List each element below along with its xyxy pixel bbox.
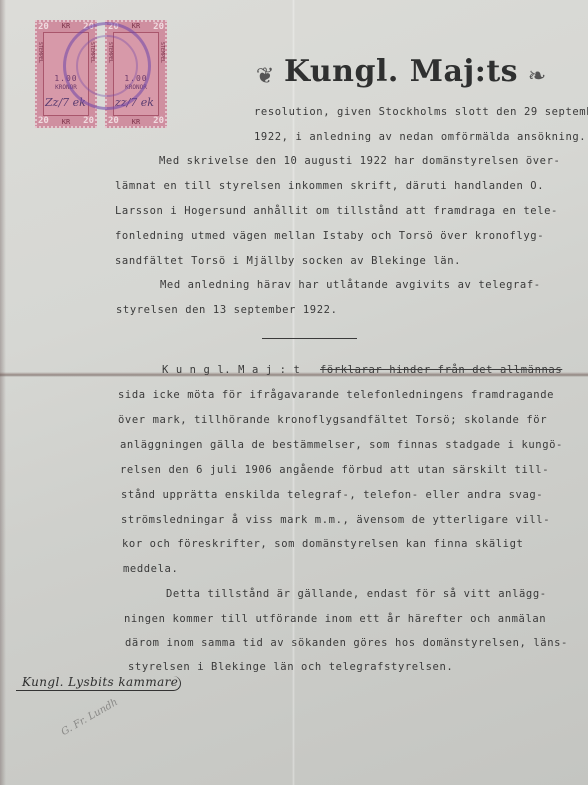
paragraph-line: Med anledning härav har utlåtande avgivi… bbox=[160, 279, 541, 291]
paragraph-line: sandfältet Torsö i Mjällby socken av Ble… bbox=[115, 255, 461, 267]
paragraph-line: förklarar hinder från det allmännas bbox=[320, 364, 562, 376]
paragraph-line: över mark, tillhörande kronoflygsandfält… bbox=[118, 414, 547, 426]
paragraph-line: sida icke möta för ifrågavarande telefon… bbox=[118, 389, 554, 401]
paragraph-line: kor och föreskrifter, som domänstyrelsen… bbox=[122, 538, 523, 550]
paragraph-line: Med skrivelse den 10 augusti 1922 har do… bbox=[159, 155, 560, 167]
flourish-right-icon: ❧ bbox=[528, 64, 546, 89]
paragraph-line: Detta tillstånd är gällande, endast för … bbox=[166, 588, 547, 600]
intro-line: 1922, i anledning av nedan omförmälda an… bbox=[254, 131, 586, 143]
revenue-stamps: 20 20 20 20 KR KR STEMPEL STEMPEL 1.00 K… bbox=[33, 20, 173, 132]
section-divider bbox=[262, 338, 357, 339]
paragraph-line: Larsson i Hogersund anhållit om tillstån… bbox=[115, 205, 558, 217]
pencil-annotation: G. Fr. Lundh bbox=[59, 697, 119, 738]
flourish-left-icon: ❦ bbox=[256, 64, 274, 89]
postmark-stamp bbox=[63, 22, 151, 110]
paragraph-line: stånd upprätta enskilda telegraf-, telef… bbox=[121, 489, 543, 501]
page-edge-shadow bbox=[0, 0, 6, 785]
paragraph-line: strömsledningar å viss mark m.m., ävenso… bbox=[121, 514, 550, 526]
document-page: 20 20 20 20 KR KR STEMPEL STEMPEL 1.00 K… bbox=[0, 0, 588, 785]
intro-line: resolution, given Stockholms slott den 2… bbox=[254, 106, 588, 118]
stamp-bottom-label: KR bbox=[107, 118, 165, 126]
paragraph-line: ningen kommer till utförande inom ett år… bbox=[124, 613, 546, 625]
heading-title: Kungl. Maj:ts bbox=[284, 54, 518, 89]
paragraph-line: relsen den 6 juli 1906 angående förbud a… bbox=[120, 464, 549, 476]
document-heading: ❦ Kungl. Maj:ts ❧ bbox=[236, 54, 566, 89]
paragraph-line: styrelsen i Blekinge län och telegrafsty… bbox=[128, 661, 453, 673]
signature-text: Kungl. Lysbits kammare bbox=[22, 675, 178, 689]
signature-block: Kungl. Lysbits kammare bbox=[16, 673, 182, 695]
paragraph-line: lämnat en till styrelsen inkommen skrift… bbox=[115, 180, 544, 192]
paragraph-line: meddela. bbox=[123, 563, 178, 575]
paragraph-line: styrelsen den 13 september 1922. bbox=[116, 304, 338, 316]
paragraph-line: fonledning utmed vägen mellan Istaby och… bbox=[115, 230, 544, 242]
stamp-bottom-label: KR bbox=[37, 118, 95, 126]
paragraph-line: anläggningen gälla de bestämmelser, som … bbox=[120, 439, 563, 451]
decree-lead: K u n g l. M a j : t bbox=[162, 364, 300, 376]
paragraph-line: därom inom samma tid av sökanden göres h… bbox=[125, 637, 568, 649]
